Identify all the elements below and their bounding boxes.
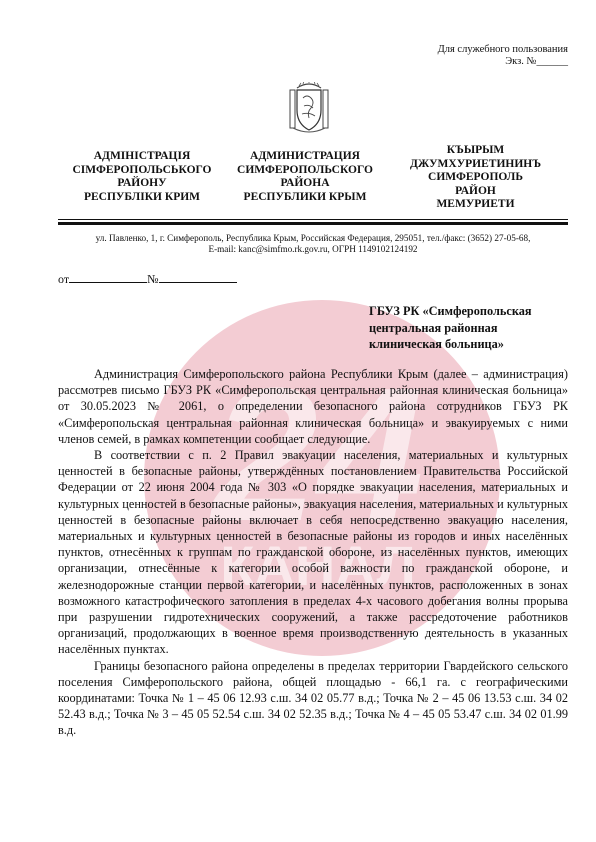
number-blank (159, 271, 237, 283)
header-crimean-tatar: КЪЫРЫМ ДЖУМХУРИЕТИНИНЪ СИМФЕРОПОЛЬ РАЙОН… (398, 144, 553, 212)
address-line: ул. Павленко, 1, г. Симферополь, Республ… (58, 233, 568, 244)
number-label: № (147, 272, 158, 286)
paragraph: В соответствии с п. 2 Правил эвакуации н… (58, 447, 568, 658)
from-label: от (58, 272, 69, 286)
paragraph: Администрация Симферопольского района Ре… (58, 366, 568, 447)
addressee: ГБУЗ РК «Симферопольская центральная рай… (369, 303, 569, 353)
paragraph-coordinates: Границы безопасного района определены в … (58, 658, 568, 739)
classification-stamp: Для служебного пользования Экз. №______ (438, 44, 568, 68)
letter-body: Администрация Симферопольского района Ре… (58, 366, 568, 739)
date-number-line: от№ (58, 271, 237, 287)
date-blank (69, 271, 147, 283)
header-divider-thin (58, 219, 568, 220)
classification-label: Для служебного пользования (438, 44, 568, 56)
header-russian: АДМИНИСТРАЦИЯ СИМФЕРОПОЛЬСКОГО РАЙОНА РЕ… (222, 150, 388, 204)
header-divider-thick (58, 222, 568, 225)
copy-number-label: Экз. №______ (438, 56, 568, 68)
coat-of-arms-crimea-icon (289, 82, 329, 136)
address-block: ул. Павленко, 1, г. Симферополь, Республ… (58, 233, 568, 255)
contact-line: E-mail: kanc@simfmo.rk.gov.ru, ОГРН 1149… (58, 244, 568, 255)
header-ukrainian: АДМІНІСТРАЦІЯ СІМФЕРОПОЛЬСЬКОГО РАЙОНУ Р… (62, 150, 222, 204)
